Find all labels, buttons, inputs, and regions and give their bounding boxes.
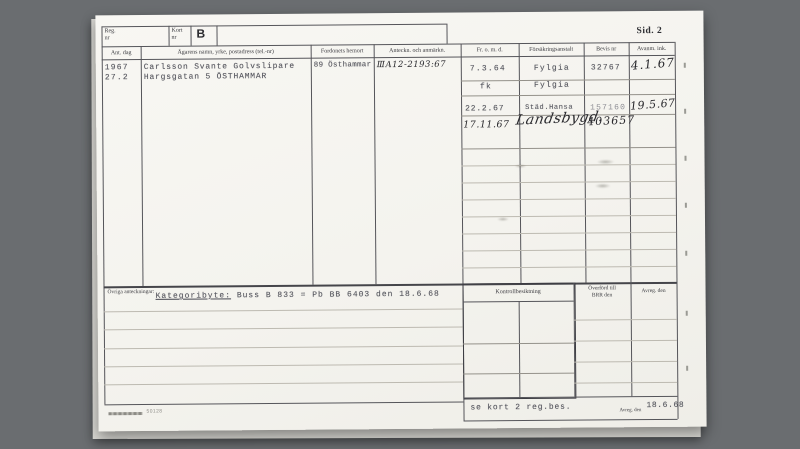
grid-line: [462, 232, 676, 235]
reg-nr-label: Reg. nr: [104, 28, 115, 42]
avanm-handwritten: 4.1.67: [630, 55, 675, 72]
entry-year: 1967: [105, 63, 129, 72]
grid-line: [462, 249, 676, 252]
margin-tick: [684, 109, 686, 114]
col-header-anteckn: Anteckn. och anmärkn.: [374, 48, 461, 56]
register-card: Reg. nr Kort nr B Sid. 2 Ant. dag Ägaren…: [95, 11, 706, 432]
grid-line: [446, 24, 447, 44]
grid-line: [574, 382, 677, 384]
col-header-forsakringsanstalt: Försäkringsanstalt: [519, 47, 584, 55]
ink-smudge: [595, 183, 611, 188]
insurance-from-date: 7.3.64: [470, 64, 506, 73]
margin-tick: [684, 63, 686, 68]
insurance-company: Fylgia: [534, 64, 570, 73]
grid-line: [104, 402, 463, 406]
col-header-from: Fr. o. m. d.: [461, 47, 519, 54]
insurance-from-date: fk: [480, 82, 492, 91]
overford-brr-label: Överförd till BRR den: [574, 285, 631, 298]
grid-line: [101, 24, 446, 28]
grid-line: [168, 26, 169, 46]
ovriga-note-typed: Kategoribyte: Buss B 833 = Pb BB 6403 de…: [156, 290, 440, 301]
ink-smudge: [597, 159, 615, 164]
se-kort-note: se kort 2 reg.bes.: [470, 403, 571, 413]
margin-tick: [686, 366, 688, 371]
grid-line: [190, 26, 191, 46]
insurance-bevis-handwritten: 403657: [587, 113, 636, 128]
grid-line: [574, 340, 677, 342]
page-number: Sid. 2: [636, 26, 662, 36]
grid-line: [629, 42, 633, 396]
avreg-column-label: Avreg. den: [631, 288, 677, 295]
col-header-ant-dag: Ant. dag: [102, 50, 141, 57]
grid-line: [311, 45, 314, 285]
col-header-avanm-ink: Avanm. ink.: [629, 46, 675, 53]
grid-line: [141, 46, 144, 286]
ink-smudge: [515, 164, 527, 168]
printer-mark-number: 50128: [146, 409, 162, 415]
grid-line: [574, 361, 677, 363]
scan-background: Reg. nr Kort nr B Sid. 2 Ant. dag Ägaren…: [0, 0, 800, 449]
anteckning-handwritten: ⅢA12-2193:67: [377, 60, 446, 71]
col-header-hemort: Fordonets hemort: [311, 48, 374, 55]
margin-tick: [684, 156, 686, 161]
hemort-value: 89 Östhammar: [314, 61, 372, 69]
ovriga-anteckningar-label: Övriga anteckningar:: [108, 289, 155, 296]
grid-line: [464, 419, 678, 422]
insurance-from-date: 22.2.67: [465, 104, 504, 113]
printer-mark-smudge: [108, 412, 142, 415]
avreg-date-value: 18.6.68: [646, 401, 684, 410]
owner-address: Hargsgatan 5 ÖSTHAMMAR: [144, 72, 267, 82]
margin-tick: [686, 311, 688, 316]
grid-line: [462, 164, 676, 167]
ink-smudge: [497, 217, 509, 221]
grid-line: [574, 319, 677, 321]
note-rest: Buss B 833 = Pb BB 6403 den 18.6.68: [231, 290, 440, 301]
col-header-bevis-nr: Bevis nr: [584, 46, 629, 53]
grid-line: [104, 364, 463, 368]
grid-line: [104, 309, 463, 313]
grid-line: [461, 147, 675, 150]
grid-line: [374, 44, 377, 284]
avreg-den-label: Avreg. den: [619, 407, 641, 414]
grid-line: [462, 266, 676, 269]
entry-day: 27.2: [105, 73, 129, 82]
margin-tick: [685, 203, 687, 208]
insurance-from-date-handwritten: 17.11.67: [463, 119, 509, 130]
insurance-bevis-nr: 32767: [591, 63, 621, 72]
grid-line: [462, 198, 676, 201]
avanm-handwritten: 19.5.67: [630, 96, 676, 112]
grid-line: [462, 181, 676, 184]
col-header-owner: Ägarens namn, yrke, postadress (tel.-nr): [141, 49, 311, 57]
insurance-company: Fylgia: [534, 81, 570, 90]
note-keyword: Kategoribyte:: [156, 291, 231, 301]
grid-line: [461, 94, 675, 97]
grid-line: [462, 215, 676, 218]
margin-tick: [685, 251, 687, 256]
kort-nr-value-stamp: B: [196, 27, 205, 41]
kontrollbesiktning-label: Kontrollbesiktning: [463, 289, 574, 297]
grid-line: [216, 25, 217, 45]
kort-nr-label: Kort nr: [171, 28, 182, 42]
grid-line: [104, 346, 463, 350]
owner-name: Carlsson Svante Golvslipare: [144, 62, 295, 72]
grid-line: [104, 382, 463, 386]
grid-line: [104, 327, 463, 331]
